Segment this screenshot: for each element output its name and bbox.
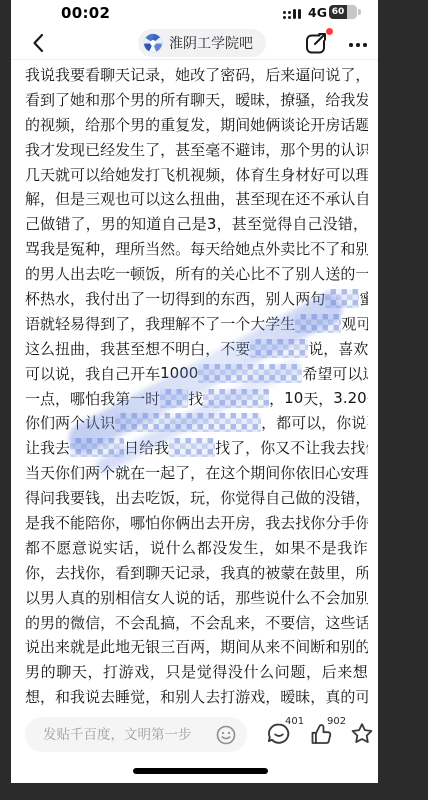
home-indicator	[133, 768, 268, 774]
mosaic-redaction	[169, 438, 215, 457]
back-button[interactable]	[25, 30, 51, 56]
mosaic-redaction	[203, 389, 269, 408]
post-body: 我说我要看聊天记录，她改了密码，后来逼问说了，看到了她和那个男的所有聊天，暧昧，…	[25, 62, 368, 712]
post-line: 说出来就是此地无银三百两，期间从来不间断和别的	[25, 634, 368, 659]
post-line: 可以说，我自己开车1000希望可以近	[25, 361, 368, 386]
comment-button[interactable]: 401	[266, 721, 292, 747]
favorite-button[interactable]	[349, 721, 375, 747]
mosaic-redaction	[250, 339, 308, 358]
post-line: 的男的微信，不会乱搞，不会乱来，不要信，这些话	[25, 610, 368, 635]
post-line: 都不愿意说实话，说什么都没发生，如果不是我诈	[25, 535, 368, 560]
post-line: 语就轻易得到了，我理解不了一个大学生观可以	[25, 311, 368, 336]
post-line: 几天就可以给她发打飞机视频，体育生身材好可以理	[25, 162, 368, 187]
post-line: 想，和我说去睡觉，和别人去打游戏，暧昧，真的可	[25, 684, 368, 709]
chevron-left-icon	[32, 33, 44, 53]
post-line: 当天你们两个就在一起了，在这个期间你依旧心安理	[25, 460, 368, 485]
battery-nub	[358, 9, 361, 15]
notification-dot	[326, 28, 333, 35]
post-line: 这么扭曲，我甚至想不明白，不要说，喜欢别人	[25, 336, 368, 361]
post-line: 己做错了，男的知道自己是3，甚至觉得自己没错，	[25, 211, 368, 236]
post-line: 一点，哪怕我第一时找，10天，3.20号	[25, 386, 368, 411]
mosaic-redaction	[115, 413, 261, 432]
reply-input-pill[interactable]	[25, 717, 247, 752]
nav-divider	[11, 59, 378, 60]
more-options-button[interactable]	[344, 39, 372, 51]
mosaic-redaction	[70, 438, 124, 457]
like-button[interactable]: 902	[308, 721, 334, 747]
phone-screen: 00:02 4G 60 淮阴工学院吧	[11, 0, 378, 783]
reply-input[interactable]	[41, 726, 205, 744]
status-bar: 00:02 4G 60	[11, 0, 378, 26]
network-type-label: 4G	[308, 5, 327, 20]
comment-count: 401	[285, 716, 304, 727]
post-line: 杯热水，我付出了一切得到的东西，别人两句蜜	[25, 286, 368, 311]
post-line: 我说我要看聊天记录，她改了密码，后来逼问说了，	[25, 62, 368, 87]
post-line: 解，但是三观也可以这么扭曲，甚至现在还不承认自	[25, 186, 368, 211]
mosaic-redaction	[325, 289, 359, 308]
battery-icon: 60	[329, 5, 357, 19]
post-line: 以男人真的别相信女人说的话，那些说什么不会加别	[25, 585, 368, 610]
bottom-action-bar: 401 902	[11, 710, 378, 765]
post-line: 得问我要钱，出去吃饭，玩，你觉得自己做的没错，	[25, 485, 368, 510]
mosaic-redaction	[198, 364, 302, 383]
post-line: 的视频，给那个男的重复发，期间她俩谈论开房话题	[25, 112, 368, 137]
post-line: 你们两个认识，都可以，你说不想	[25, 410, 368, 435]
smiley-icon	[214, 723, 238, 747]
post-line: 让我去日给我找了，你又不让我去找你，	[25, 435, 368, 460]
forum-badge-icon	[143, 33, 163, 53]
forum-pill-button[interactable]: 淮阴工学院吧	[138, 29, 266, 57]
emoji-button[interactable]	[214, 723, 238, 747]
nav-bar: 淮阴工学院吧	[11, 26, 378, 60]
mosaic-redaction	[295, 314, 341, 333]
status-time: 00:02	[61, 4, 110, 22]
post-line: 男的聊天，打游戏，只是觉得没什么问题，后来想	[25, 659, 368, 684]
post-line: 我才发现已经发生了，甚至毫不避讳，那个男的认识	[25, 137, 368, 162]
forum-name-label: 淮阴工学院吧	[169, 33, 253, 53]
post-line: 看到了她和那个男的所有聊天，暧昧，撩骚，给我发	[25, 87, 368, 112]
post-line: 骂我是冤种，理所当然。每天给她点外卖比不了和别	[25, 236, 368, 261]
compose-arrow-icon	[303, 30, 329, 56]
mosaic-redaction	[160, 389, 188, 408]
star-icon	[349, 721, 375, 747]
like-count: 902	[327, 716, 346, 727]
battery-percent: 60	[329, 5, 347, 19]
signal-strength-icon	[283, 8, 301, 19]
post-line: 是我不能陪你，哪怕你俩出去开房，我去找你分手你	[25, 510, 368, 535]
post-line: 的男人出去吃一顿饭，所有的关心比不了别人送的一	[25, 261, 368, 286]
post-line: 你，去找你，看到聊天记录，我真的被蒙在鼓里，所	[25, 560, 368, 585]
